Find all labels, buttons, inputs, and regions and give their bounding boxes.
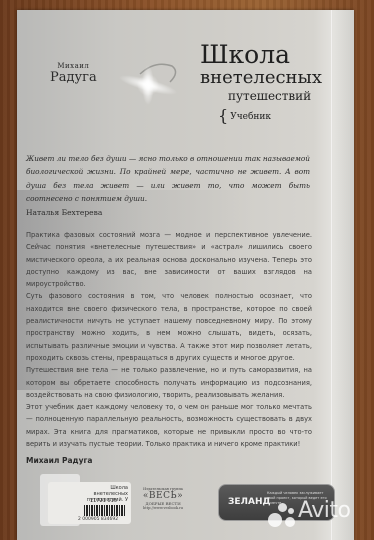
paragraph: Путешествия вне тела — не только развлеч… xyxy=(26,364,312,401)
barcode-icon xyxy=(84,505,126,516)
avito-watermark: Avito xyxy=(268,497,368,533)
paragraph: Практика фазовых состояний мозга — модно… xyxy=(26,229,312,290)
zeland-logo: ЗЕЛАНД xyxy=(228,497,271,507)
avito-dot xyxy=(285,517,295,527)
title-line-1: Школа xyxy=(200,42,322,67)
sticker-code: 11721 515 xyxy=(90,498,117,504)
cover-author: Михаил Радуга xyxy=(50,62,97,85)
publisher-name: «ВЕСЬ» xyxy=(135,491,191,501)
light-flare-icon xyxy=(110,52,190,112)
paragraph: Суть фазового состояния в том, что челов… xyxy=(26,290,312,364)
avito-dots-icon xyxy=(268,513,282,527)
avito-logo-text: Avito xyxy=(298,498,350,523)
author-first-name: Михаил xyxy=(50,62,97,70)
book-subtitle: {Учебник xyxy=(218,106,271,125)
publisher-url: http://www.vesbook.ru xyxy=(135,506,191,510)
author-last-name: Радуга xyxy=(50,70,97,85)
title-line-3: путешествий xyxy=(228,90,322,102)
book-title: Школа внетелесных путешествий xyxy=(200,42,322,102)
author-signature: Михаил Радуга xyxy=(26,456,92,465)
epigraph-quote: Живет ли тело без души — ясно только в о… xyxy=(26,152,310,205)
publisher-logo: Издательская группа «ВЕСЬ» ДОБРЫЕ ВЕСТИ … xyxy=(135,487,191,510)
paragraph: Этот учебник дает каждому человеку то, о… xyxy=(26,401,312,450)
avito-dot xyxy=(288,508,294,514)
epigraph-author: Наталья Бехтерева xyxy=(26,208,102,217)
description-text: Практика фазовых состояний мозга — модно… xyxy=(26,229,312,450)
cover-fold-line xyxy=(331,10,332,540)
price-sticker: Школа внетелесных путешествий. У 11721 5… xyxy=(48,482,131,524)
subtitle-text: Учебник xyxy=(230,112,271,122)
barcode-number: 2 000905 834692 xyxy=(78,517,118,522)
brace-glyph: { xyxy=(218,106,228,125)
title-line-2: внетелесных xyxy=(200,69,322,87)
avito-dot xyxy=(278,503,287,512)
